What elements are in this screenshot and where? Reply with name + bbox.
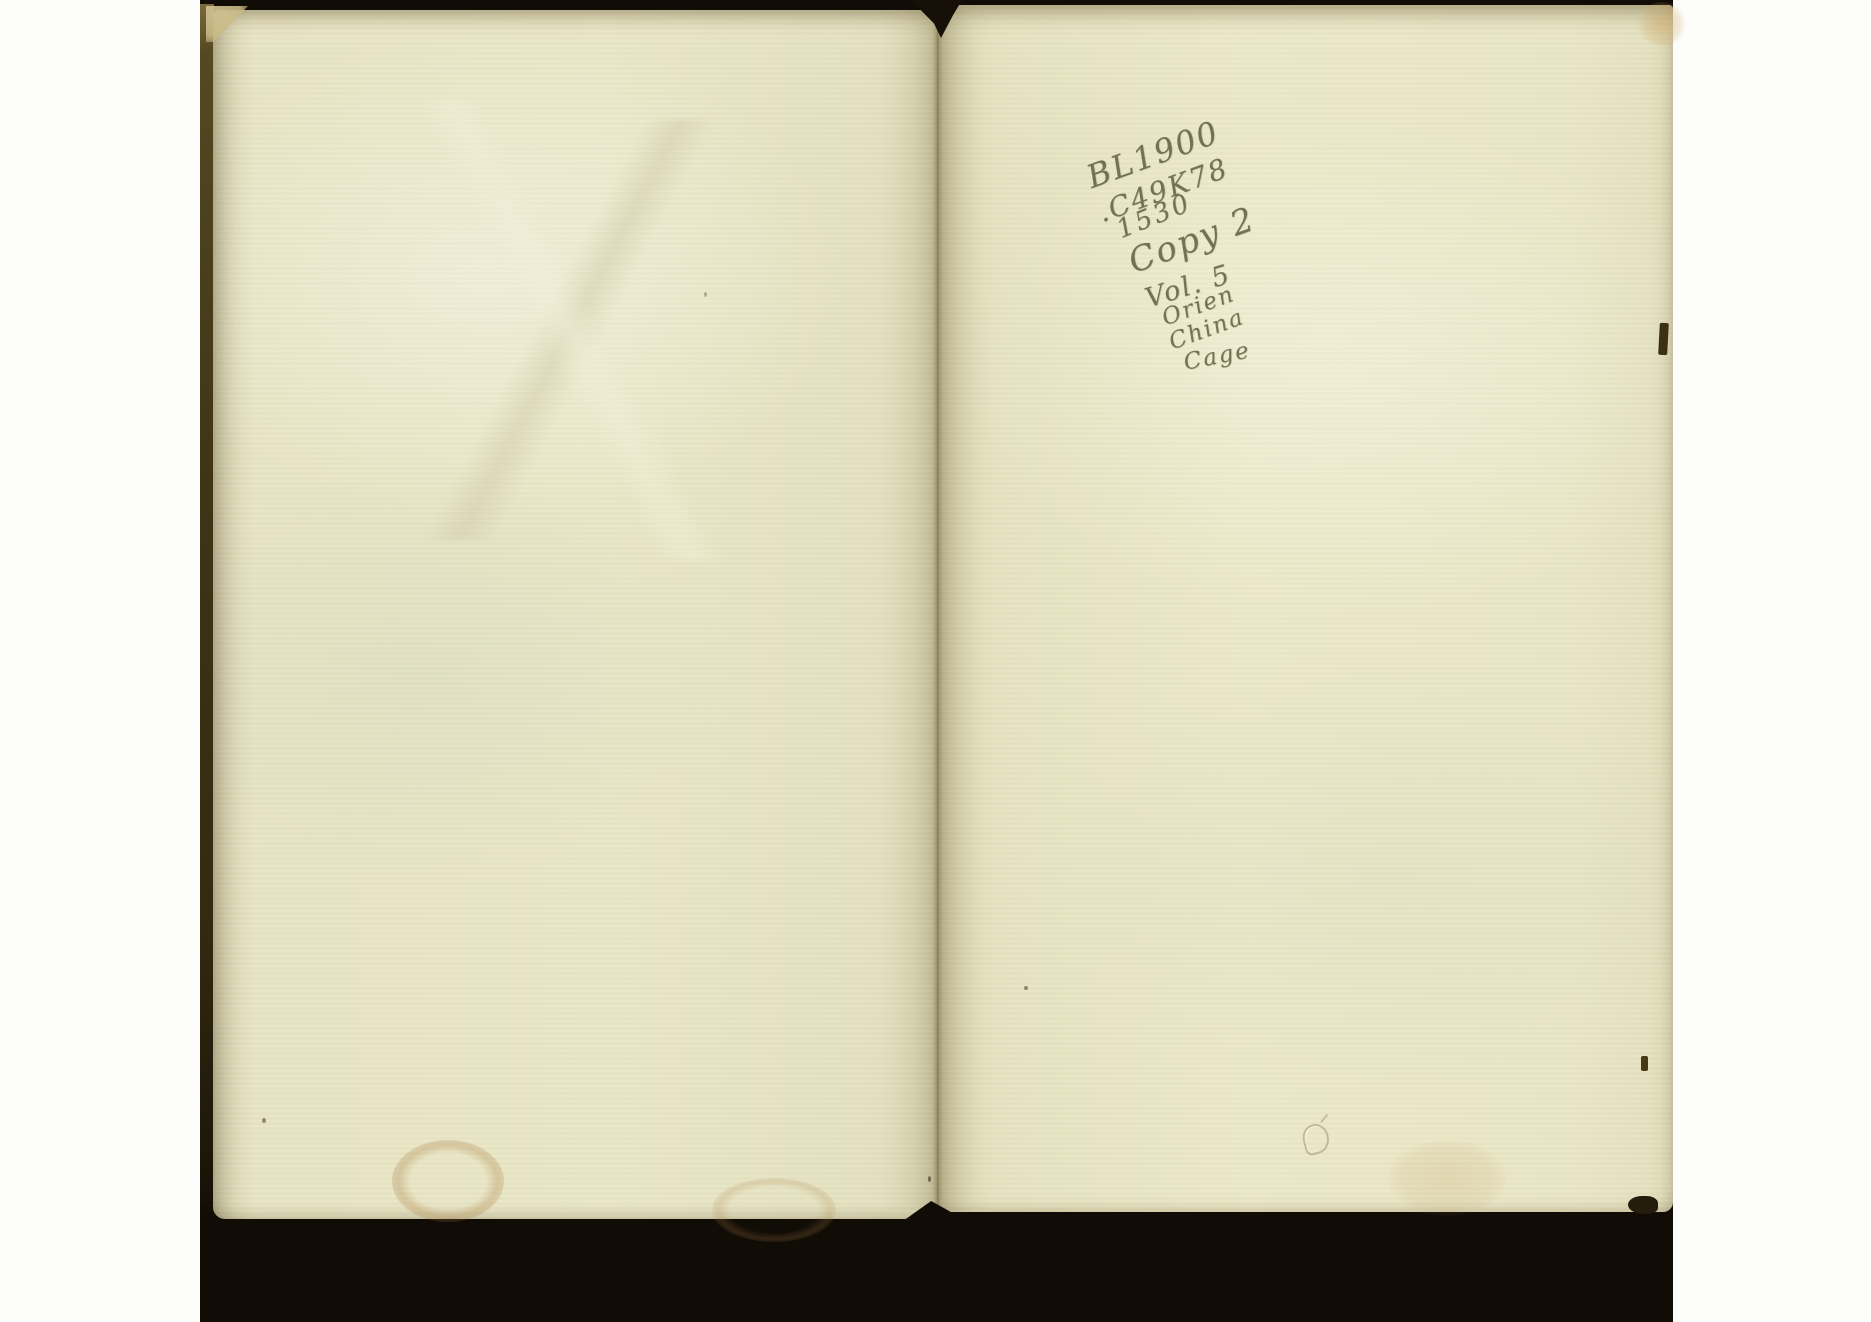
paper-speck — [262, 1118, 266, 1123]
stain-top-right-corner — [1638, 2, 1686, 46]
gutter-crease-line — [933, 28, 942, 1208]
paper-speck — [928, 1176, 931, 1182]
fore-edge-mark-upper — [1658, 323, 1669, 355]
fore-edge-mark-lower — [1641, 1056, 1648, 1071]
paper-speck — [704, 292, 707, 297]
ring-stain-left-page — [392, 1140, 504, 1222]
left-page — [213, 10, 938, 1219]
spine-edge — [200, 4, 214, 1220]
stain-bottom-center — [712, 1178, 836, 1242]
paper-speck — [1024, 986, 1028, 990]
right-page — [938, 5, 1673, 1212]
chipped-corner-bottom-right — [1628, 1196, 1658, 1214]
stain-bottom-right-page — [1388, 1140, 1506, 1216]
book-scan: BL1900 .C49K78 1530 Copy 2 Vol. 5 Orien … — [0, 0, 1871, 1322]
